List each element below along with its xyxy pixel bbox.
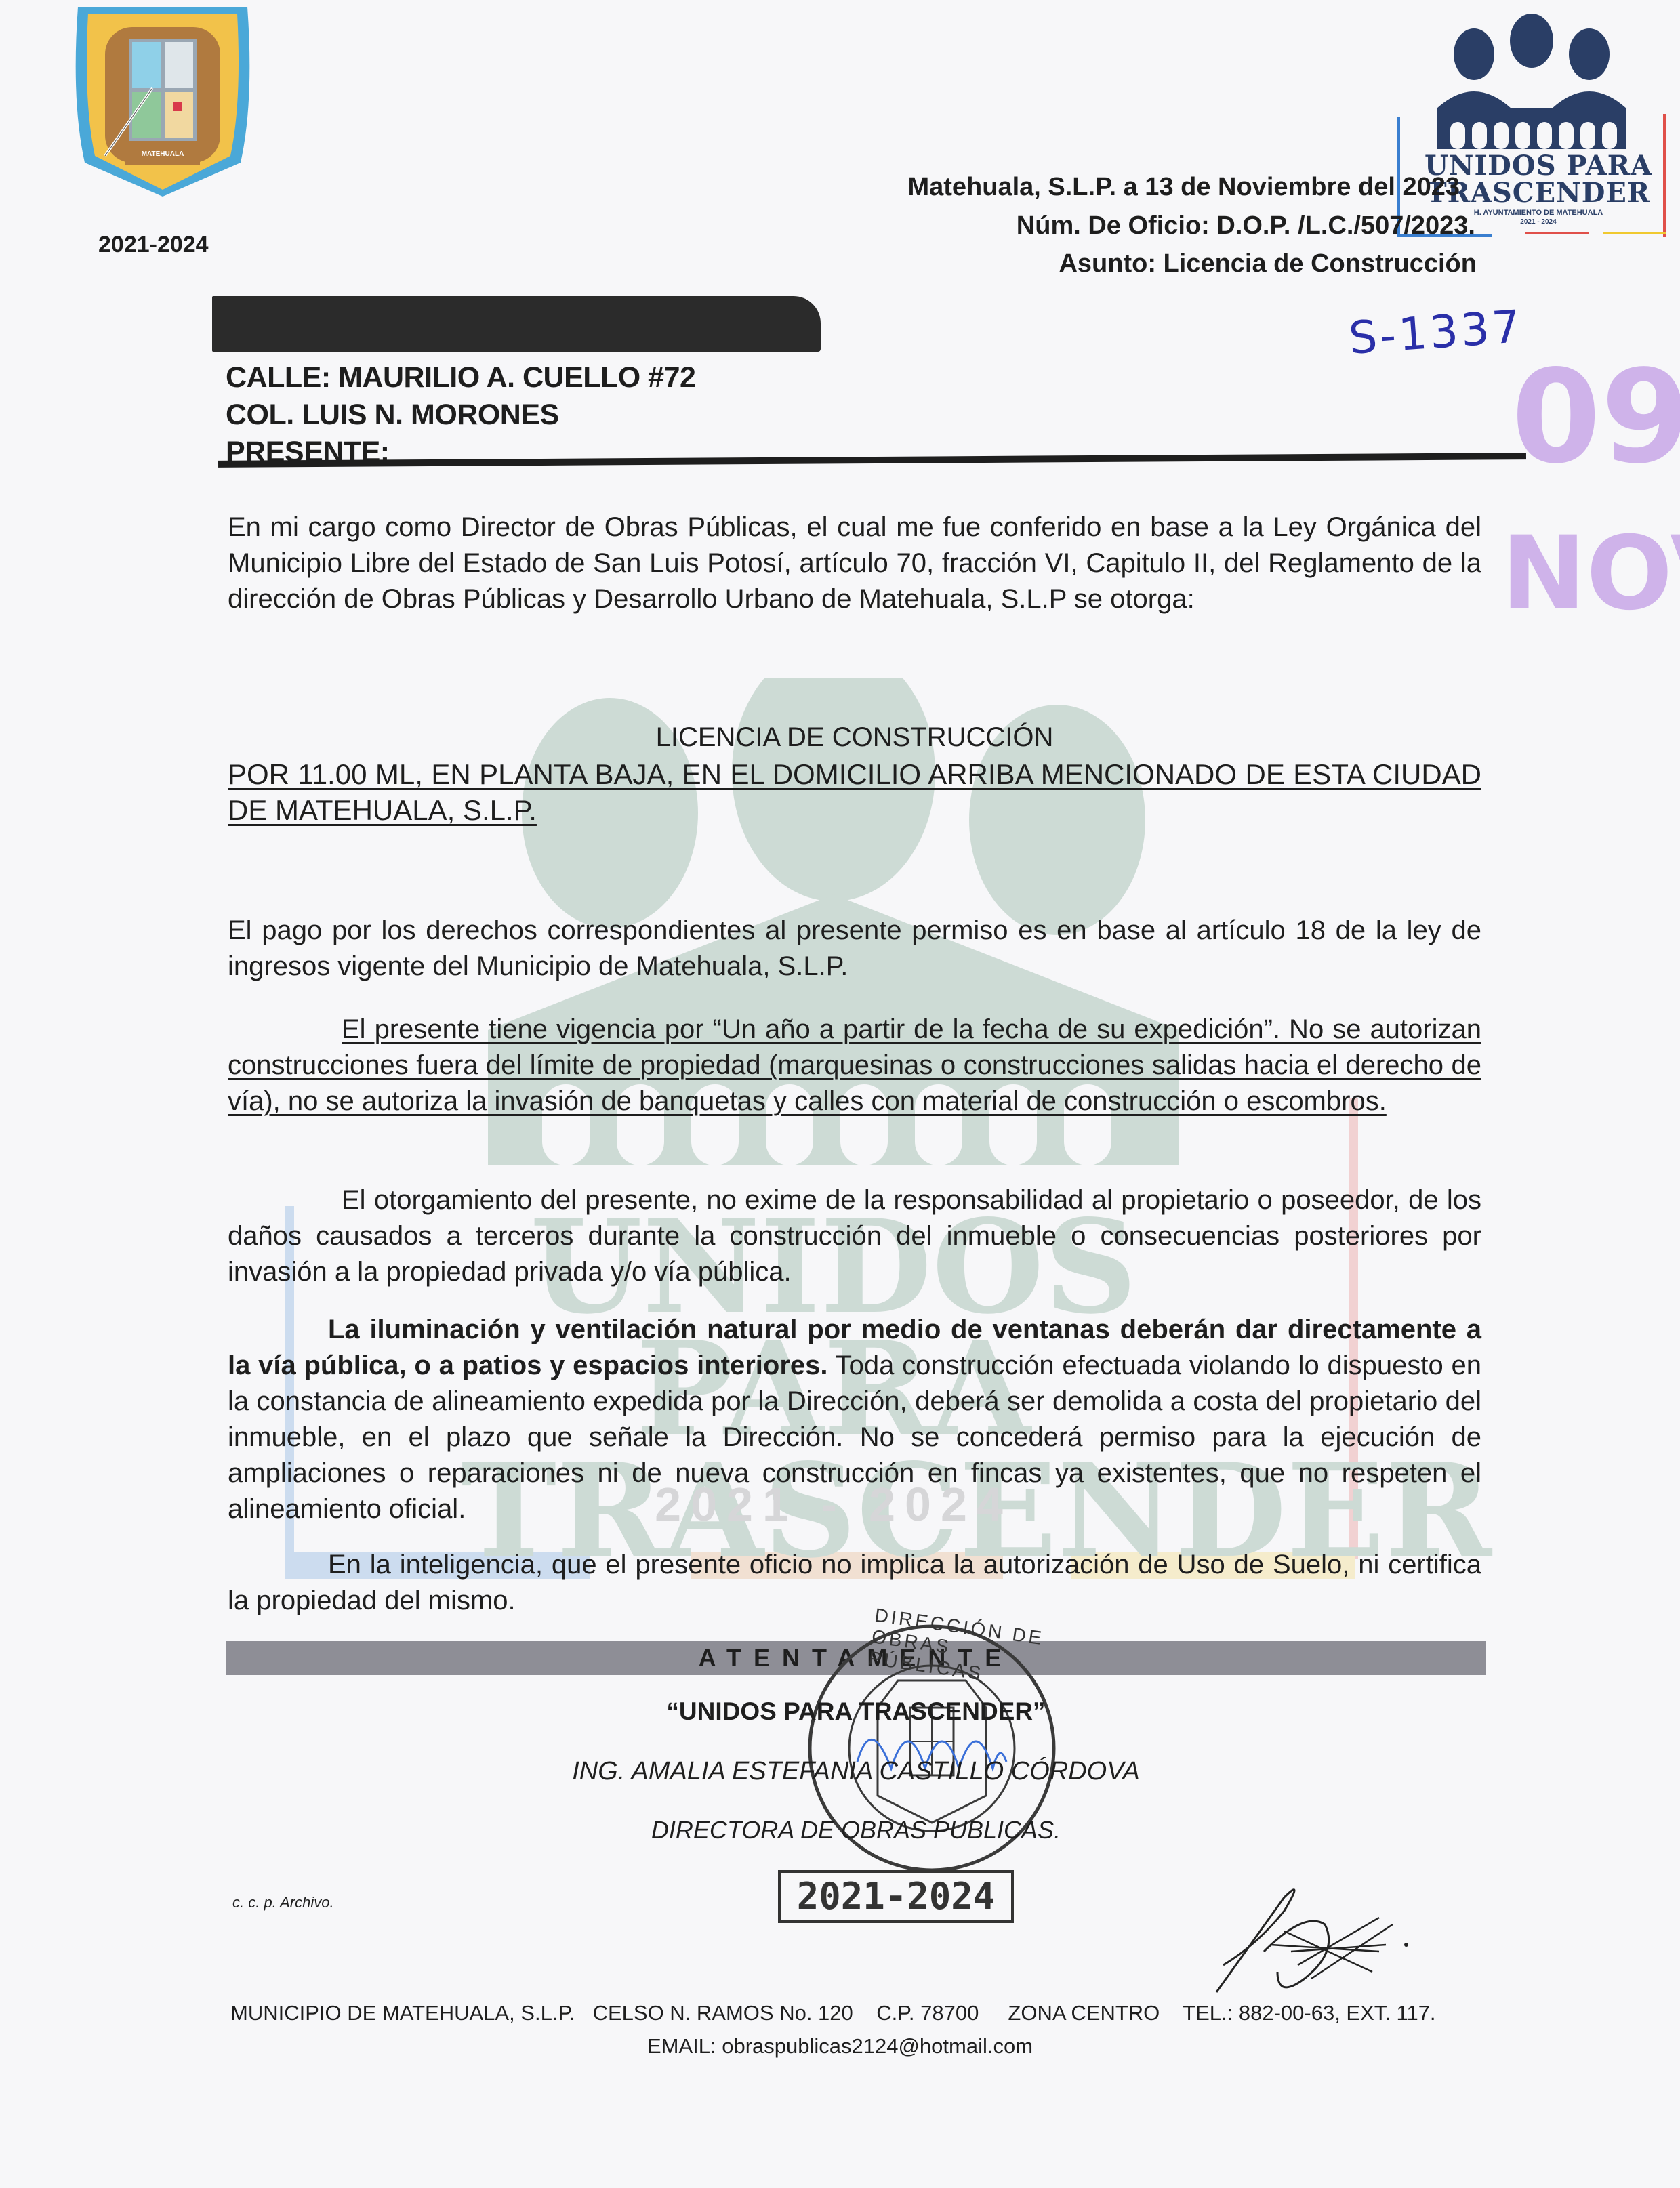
municipal-coat-of-arms-icon	[64, 0, 261, 203]
signer-name: ING. AMALIA ESTEFANIA CASTILLO CÓRDOVA	[226, 1757, 1486, 1786]
subject-line: Asunto: Licencia de Construcción	[1059, 249, 1477, 278]
recipient-street: CALLE: MAURILIO A. CUELLO #72	[226, 361, 695, 394]
footer-address: MUNICIPIO DE MATEHUALA, S.L.P. CELSO N. …	[230, 2001, 1436, 2025]
left-period: 2021-2024	[98, 232, 209, 258]
handwritten-date-day: 09	[1511, 342, 1680, 492]
license-detail: POR 11.00 ML, EN PLANTA BAJA, EN EL DOMI…	[228, 756, 1481, 828]
license-title: LICENCIA DE CONSTRUCCIÓN	[228, 720, 1481, 756]
oficio-number: Núm. De Oficio: D.O.P. /L.C./507/2023.	[1017, 211, 1475, 241]
handwritten-date-month: NOV	[1501, 515, 1680, 633]
signer-title: DIRECTORA DE OBRAS PUBLICAS.	[226, 1816, 1486, 1844]
footer-email[interactable]: EMAIL: obraspublicas2124@hotmail.com	[0, 2034, 1680, 2059]
official-seal: DIRECCIÓN DE OBRAS PÚBLICAS	[790, 1606, 1074, 1891]
ccp-archivo: c. c. p. Archivo.	[232, 1894, 334, 1912]
motto: “UNIDOS PARA TRASCENDER”	[226, 1697, 1486, 1726]
handwritten-signature-icon	[1203, 1870, 1427, 1999]
recipient-colonia: COL. LUIS N. MORONES	[226, 398, 559, 432]
liability-paragraph: El otorgamiento del presente, no exime d…	[228, 1182, 1481, 1290]
handwritten-folio: S-1337	[1347, 300, 1525, 365]
lighting-paragraph: La iluminación y ventilación natural por…	[228, 1312, 1481, 1527]
seal-period-box: 2021-2024	[778, 1870, 1014, 1923]
validity-paragraph: El presente tiene vigencia por “Un año a…	[228, 1012, 1481, 1119]
header-divider	[218, 453, 1526, 468]
intro-paragraph: En mi cargo como Director de Obras Públi…	[228, 510, 1481, 617]
place-date: Matehuala, S.L.P. a 13 de Noviembre del …	[907, 173, 1460, 202]
coat-label: MATEHUALA	[136, 150, 190, 158]
coat-of-arms: MATEHUALA	[64, 0, 261, 203]
unidos-para-trascender-logo: UNIDOS PARA TRASCENDER H. AYUNTAMIENTO D…	[1396, 14, 1667, 237]
redacted-recipient-name	[212, 296, 821, 352]
payment-paragraph: El pago por los derechos correspondiente…	[228, 913, 1481, 985]
